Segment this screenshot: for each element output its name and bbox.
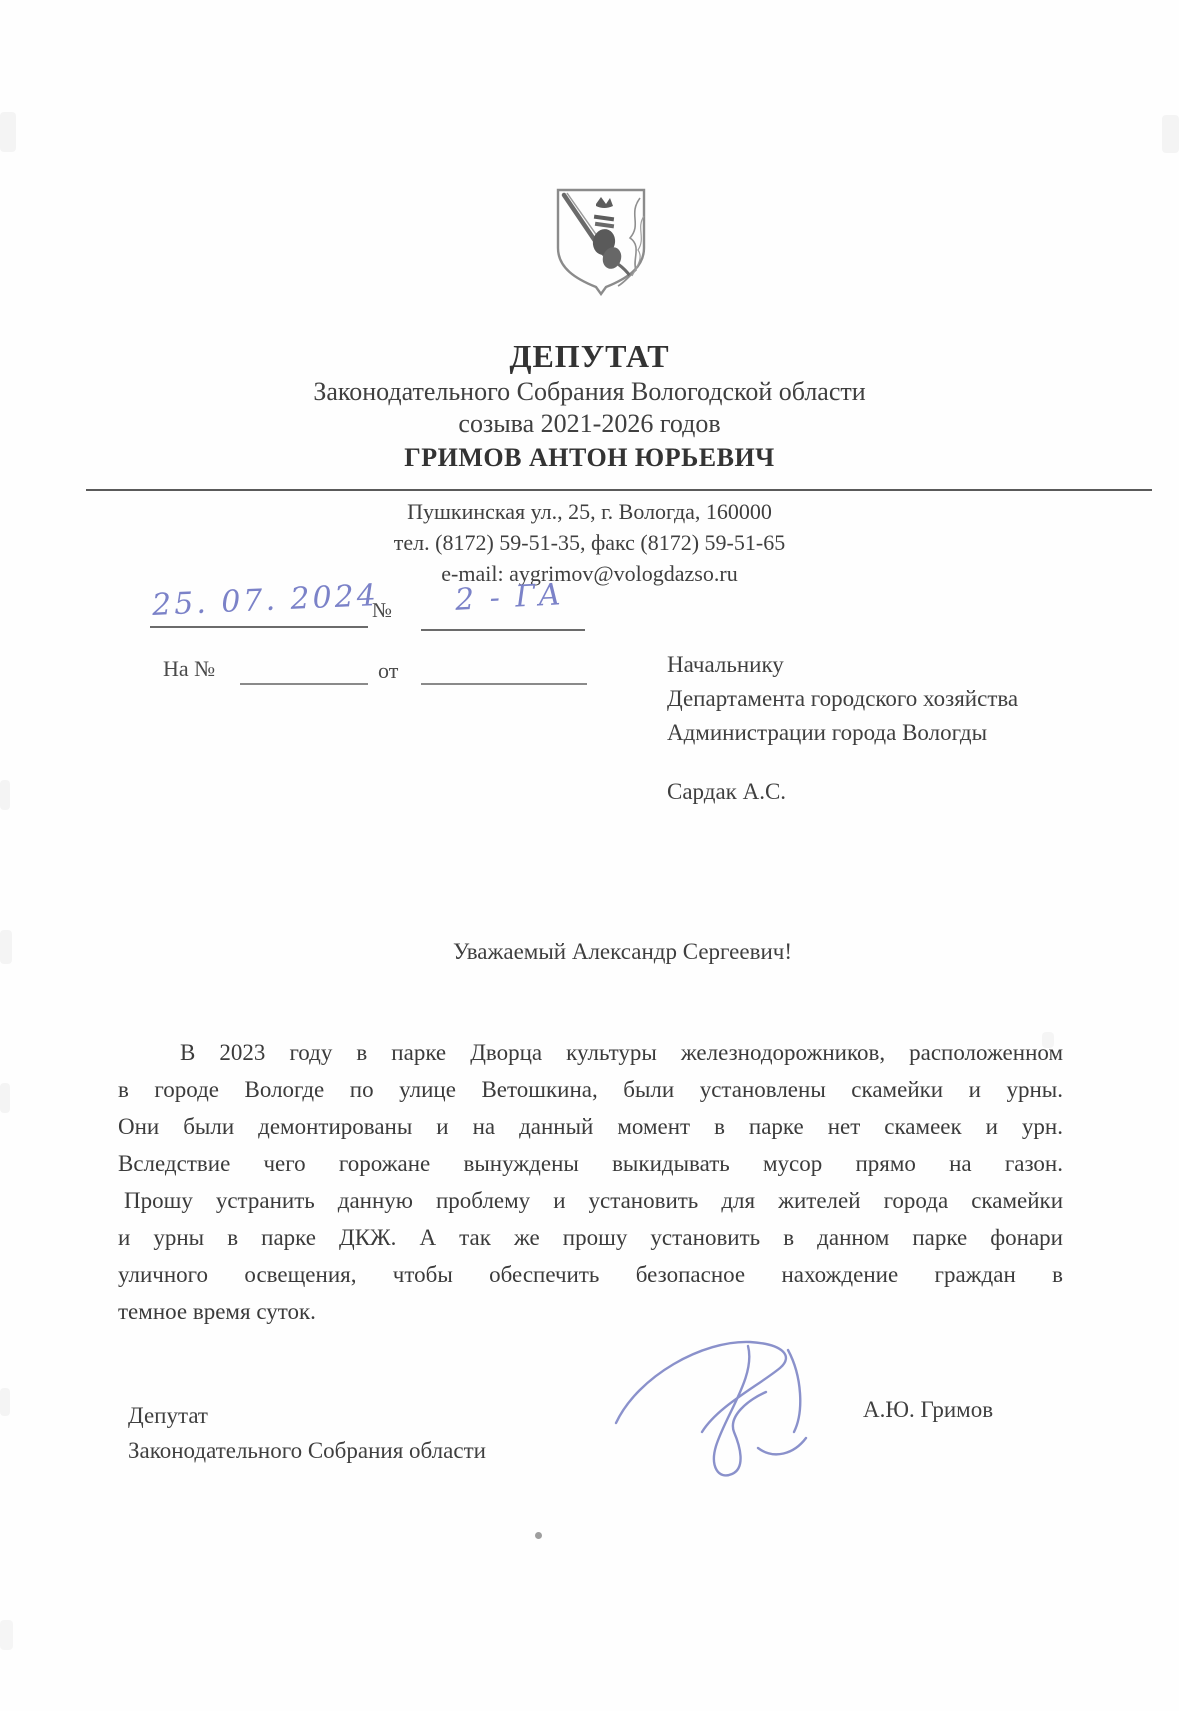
body-line: Прошу устранить данную проблему и устано… <box>118 1188 1063 1214</box>
scan-artifact <box>0 780 10 810</box>
recipient-line-1: Начальнику <box>667 648 1097 682</box>
scan-artifact <box>0 112 16 152</box>
date-underline <box>150 626 368 628</box>
vologda-coat-of-arms-icon <box>552 186 650 296</box>
letterhead-address: Пушкинская ул., 25, г. Вологда, 160000 <box>0 499 1179 525</box>
body-line: в городе Вологде по улице Ветошкина, был… <box>118 1077 1063 1103</box>
scan-artifact <box>0 1388 10 1416</box>
scan-artifact <box>0 1083 10 1113</box>
body-line: темное время суток. <box>118 1299 1063 1325</box>
letterhead-title: ДЕПУТАТ <box>0 338 1179 375</box>
body-line: уличного освещения, чтобы обеспечить без… <box>118 1262 1063 1288</box>
reply-to-number-label: На № <box>163 656 215 682</box>
signer-position-line-1: Депутат <box>128 1398 486 1433</box>
reply-from-label: от <box>378 658 398 684</box>
letterhead-subtitle-convocation: созыва 2021-2026 годов <box>0 409 1179 439</box>
scan-artifact <box>1042 1032 1054 1048</box>
recipient-person: Сардак А.С. <box>667 779 786 805</box>
deputy-name: ГРИМОВ АНТОН ЮРЬЕВИЧ <box>0 443 1179 473</box>
letterhead-divider <box>86 489 1152 491</box>
handwritten-outgoing-number: 2 - ГА <box>454 577 565 618</box>
recipient-line-3: Администрации города Вологды <box>667 716 1097 750</box>
recipient-block: Начальнику Департамента городского хозяй… <box>667 648 1097 750</box>
signer-position-block: Депутат Законодательного Собрания област… <box>128 1398 486 1468</box>
handwritten-signature <box>598 1328 888 1498</box>
reply-number-blank <box>240 683 368 685</box>
number-sign-label: № <box>372 598 392 623</box>
body-line: В 2023 году в парке Дворца культуры желе… <box>118 1040 1063 1066</box>
signer-position-line-2: Законодательного Собрания области <box>128 1433 486 1468</box>
scan-artifact <box>0 930 12 964</box>
scan-artifact <box>0 1620 13 1650</box>
body-line: и урны в парке ДКЖ. А так же прошу устан… <box>118 1225 1063 1251</box>
letterhead-email: e-mail: aygrimov@vologdazso.ru <box>0 561 1179 587</box>
signatory-name: А.Ю. Гримов <box>863 1397 993 1423</box>
scanned-letter-page: ДЕПУТАТ Законодательного Собрания Волого… <box>0 0 1179 1711</box>
letterhead-subtitle-assembly: Законодательного Собрания Вологодской об… <box>0 377 1179 407</box>
reply-date-blank <box>421 683 587 685</box>
body-line: Вследствие чего горожане вынуждены выкид… <box>118 1151 1063 1177</box>
recipient-line-2: Департамента городского хозяйства <box>667 682 1097 716</box>
letterhead-phone-fax: тел. (8172) 59-51-35, факс (8172) 59-51-… <box>0 530 1179 556</box>
scan-artifact <box>1162 115 1179 153</box>
ink-dot-artifact <box>535 1532 542 1539</box>
salutation: Уважаемый Александр Сергеевич! <box>150 939 1095 965</box>
number-underline <box>421 629 585 631</box>
body-line: Они были демонтированы и на данный момен… <box>118 1114 1063 1140</box>
